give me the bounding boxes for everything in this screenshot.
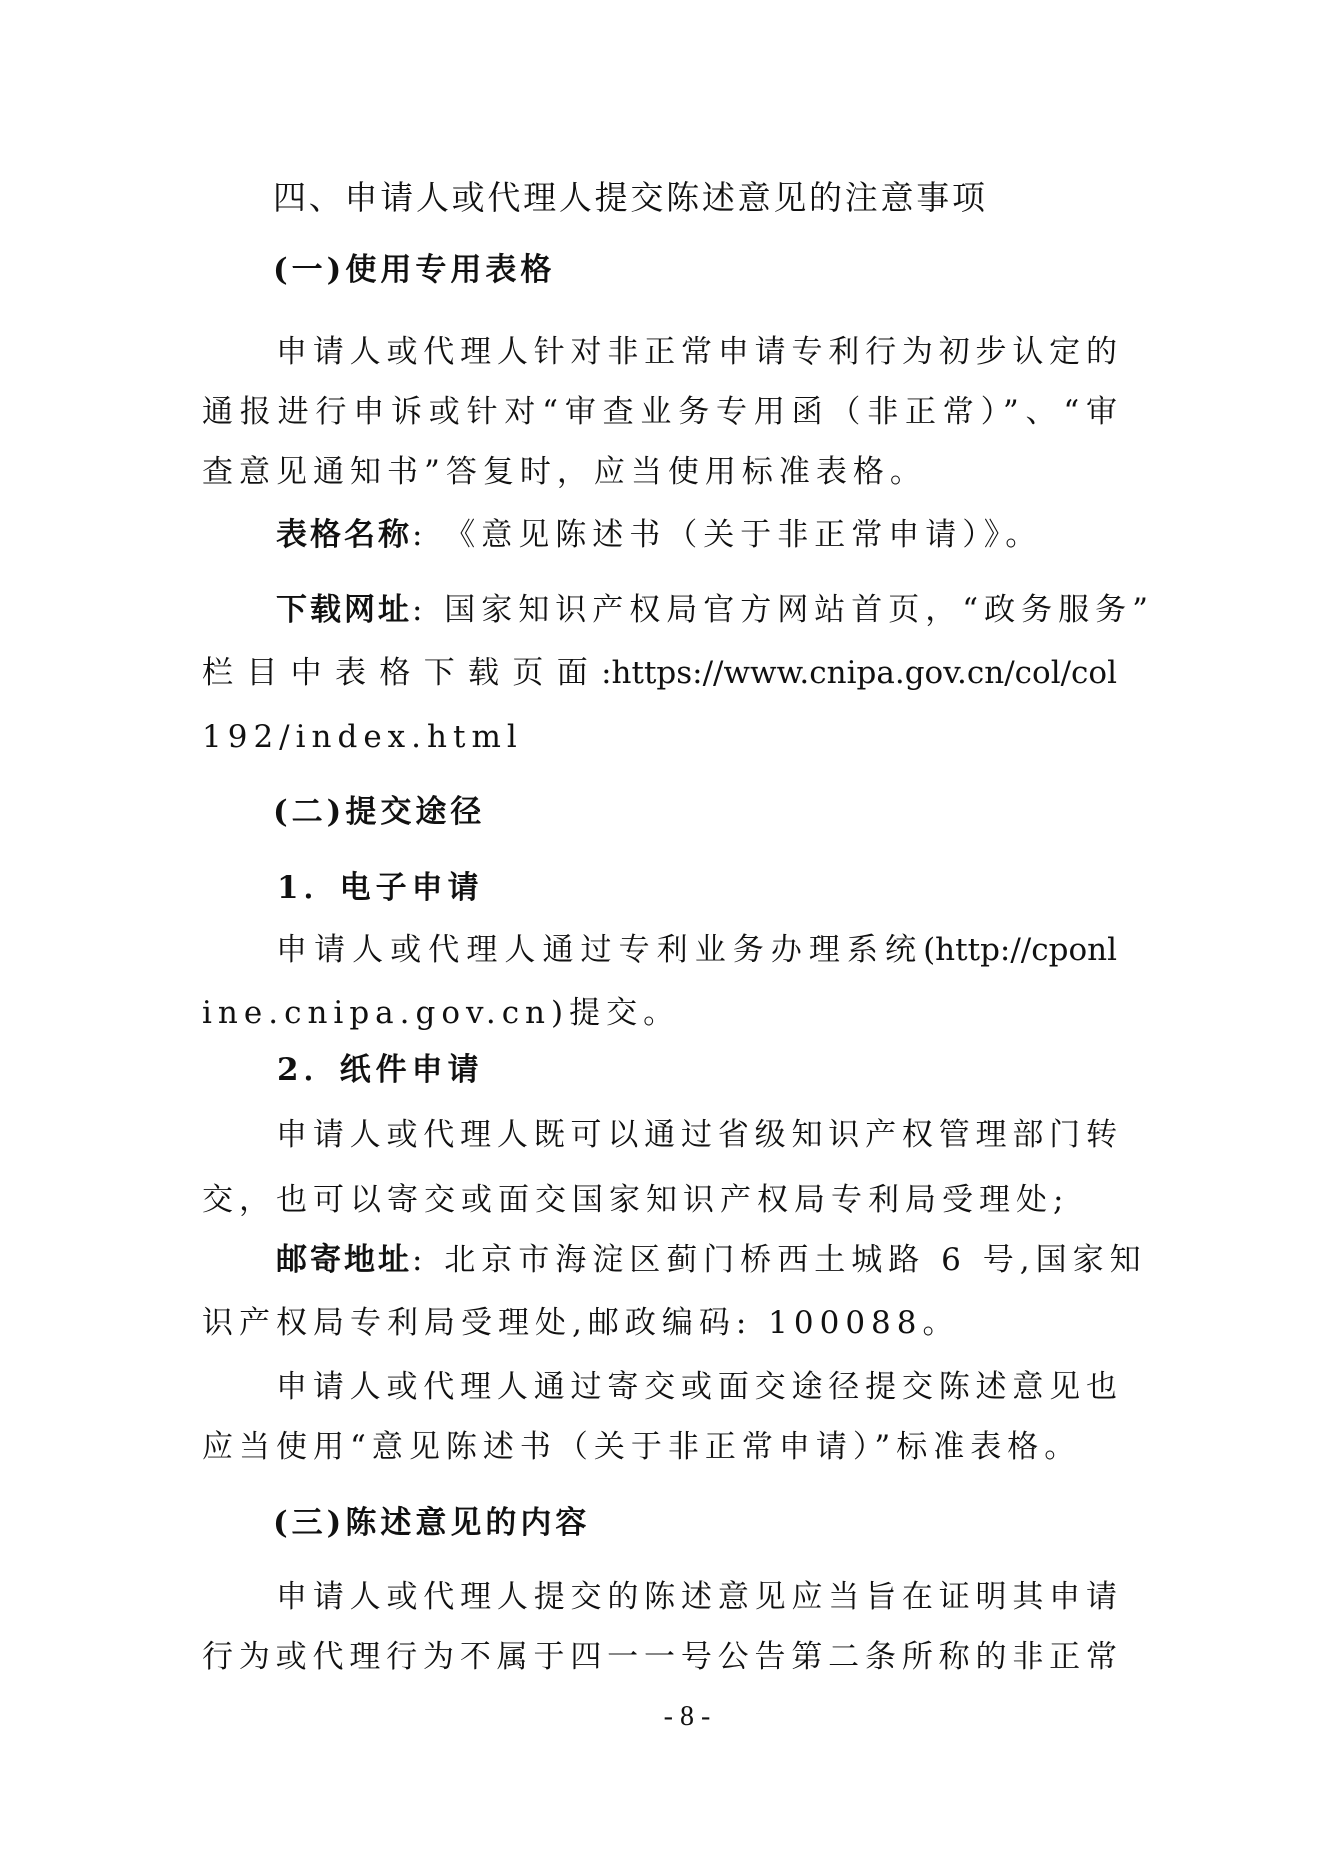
subsection-title-3: (三)陈述意见的内容 bbox=[273, 1501, 590, 1545]
paragraph-line: 通报进行申诉或针对“审查业务专用函（非正常）”、“审 bbox=[202, 390, 1117, 434]
mail-address-row: 邮寄地址: 北京市海淀区蓟门桥西土城路 6 号,国家知 bbox=[276, 1238, 1117, 1282]
download-url-line: 192/index.html bbox=[202, 715, 1117, 759]
paragraph-line: 申请人或代理人针对非正常申请专利行为初步认定的 bbox=[276, 330, 1117, 374]
paragraph-line: 识产权局专利局受理处,邮政编码: 100088。 bbox=[202, 1301, 1117, 1345]
paragraph-line: 申请人或代理人提交的陈述意见应当旨在证明其申请 bbox=[276, 1575, 1117, 1619]
download-url-line: 栏目中表格下载页面:https://www.cnipa.gov.cn/col/c… bbox=[202, 651, 1117, 695]
mail-address-value: : 北京市海淀区蓟门桥西土城路 6 号,国家知 bbox=[412, 1242, 1147, 1278]
form-name-label: 表格名称 bbox=[276, 517, 412, 553]
mail-address-label: 邮寄地址 bbox=[276, 1242, 412, 1278]
download-row: 下载网址: 国家知识产权局官方网站首页，“政务服务” bbox=[276, 588, 1117, 632]
form-name-value: : 《意见陈述书（关于非正常申请）》。 bbox=[412, 517, 1042, 553]
paragraph-line: 应当使用“意见陈述书（关于非正常申请）”标准表格。 bbox=[202, 1425, 1117, 1469]
paragraph-line: 申请人或代理人通过寄交或面交途径提交陈述意见也 bbox=[276, 1365, 1117, 1409]
download-value: : 国家知识产权局官方网站首页，“政务服务” bbox=[412, 592, 1154, 628]
form-name-row: 表格名称: 《意见陈述书（关于非正常申请）》。 bbox=[276, 513, 1117, 557]
subsection-title-2: (二)提交途径 bbox=[273, 790, 485, 834]
item-title-paper: 2．纸件申请 bbox=[277, 1048, 484, 1092]
page-number: - 8 - bbox=[611, 1697, 763, 1737]
paragraph-line: 交，也可以寄交或面交国家知识产权局专利局受理处; bbox=[202, 1178, 1117, 1222]
paragraph-line: 申请人或代理人既可以通过省级知识产权管理部门转 bbox=[276, 1113, 1117, 1157]
section-heading: 四、申请人或代理人提交陈述意见的注意事项 bbox=[273, 176, 985, 220]
paragraph-line: 查意见通知书”答复时，应当使用标准表格。 bbox=[202, 450, 1117, 494]
paragraph-line: ine.cnipa.gov.cn)提交。 bbox=[202, 991, 1117, 1035]
subsection-title-1: (一)使用专用表格 bbox=[273, 248, 555, 292]
download-label: 下载网址 bbox=[276, 592, 412, 628]
paragraph-line: 行为或代理行为不属于四一一号公告第二条所称的非正常 bbox=[202, 1635, 1117, 1679]
item-title-electronic: 1．电子申请 bbox=[277, 866, 484, 910]
paragraph-line: 申请人或代理人通过专利业务办理系统(http://cponl bbox=[276, 928, 1117, 972]
